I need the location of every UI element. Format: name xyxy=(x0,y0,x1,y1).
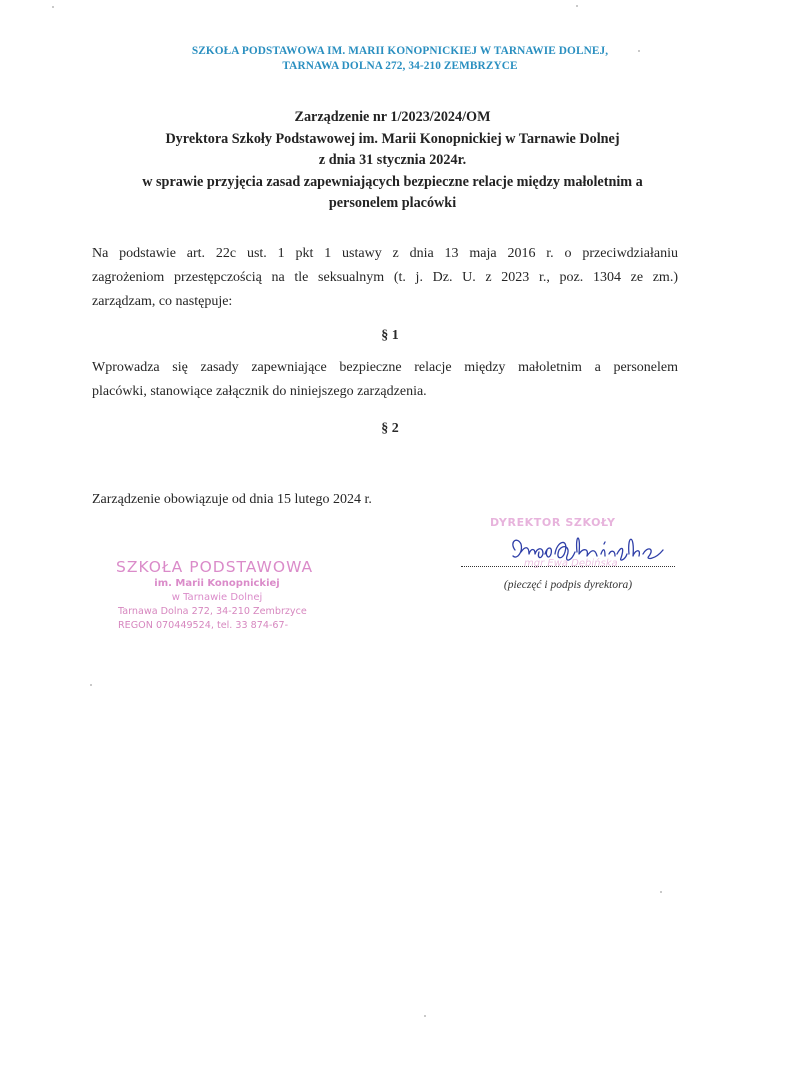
document-title-block: Zarządzenie nr 1/2023/2024/OM Dyrektora … xyxy=(60,107,725,215)
school-stamp: SZKOŁA PODSTAWOWA im. Marii Konopnickiej… xyxy=(112,557,322,633)
section-1-line: placówki, stanowiące załącznik do niniej… xyxy=(92,380,678,404)
issuer: Dyrektora Szkoły Podstawowej im. Marii K… xyxy=(60,129,725,151)
stamp-patron: im. Marii Konopnickiej xyxy=(112,577,322,591)
letterhead-school-name: SZKOŁA PODSTAWOWA IM. MARII KONOPNICKIEJ… xyxy=(100,44,700,59)
legal-basis-line: zagrożeniom przestępczością na tle seksu… xyxy=(92,266,678,290)
scan-speck xyxy=(638,50,640,52)
scan-speck xyxy=(576,5,578,7)
legal-basis-line: zarządzam, co następuje: xyxy=(92,290,678,314)
order-subject: w sprawie przyjęcia zasad zapewniających… xyxy=(60,172,725,194)
section-1-text: Wprowadza się zasady zapewniające bezpie… xyxy=(92,356,678,404)
section-1-line: Wprowadza się zasady zapewniające bezpie… xyxy=(92,356,678,380)
section-2-text: Zarządzenie obowiązuje od dnia 15 lutego… xyxy=(92,488,678,512)
scan-speck xyxy=(52,6,54,8)
section-2-mark: § 2 xyxy=(100,421,680,437)
stamp-school-title: SZKOŁA PODSTAWOWA xyxy=(112,557,322,577)
stamp-regon-phone: REGON 070449524, tel. 33 874-67- xyxy=(112,619,322,633)
document-page: SZKOŁA PODSTAWOWA IM. MARII KONOPNICKIEJ… xyxy=(0,0,785,1080)
legal-basis-paragraph: Na podstawie art. 22c ust. 1 pkt 1 ustaw… xyxy=(92,242,678,314)
stamp-location: w Tarnawie Dolnej xyxy=(112,591,322,605)
stamp-address: Tarnawa Dolna 272, 34-210 Zembrzyce xyxy=(112,605,322,619)
signature-caption: (pieczęć i podpis dyrektora) xyxy=(461,579,675,591)
signature-line xyxy=(461,566,675,567)
director-name-stamp: mgr Ewa Dębińska xyxy=(524,558,618,569)
director-stamp-title: DYREKTOR SZKOŁY xyxy=(490,516,616,529)
scan-speck xyxy=(660,891,662,893)
order-date: z dnia 31 stycznia 2024r. xyxy=(60,150,725,172)
scan-speck xyxy=(90,684,92,686)
order-number: Zarządzenie nr 1/2023/2024/OM xyxy=(60,107,725,129)
section-1-mark: § 1 xyxy=(100,328,680,344)
legal-basis-line: Na podstawie art. 22c ust. 1 pkt 1 ustaw… xyxy=(92,242,678,266)
order-subject-cont: personelem placówki xyxy=(60,193,725,215)
school-letterhead: SZKOŁA PODSTAWOWA IM. MARII KONOPNICKIEJ… xyxy=(100,44,700,74)
letterhead-address: TARNAWA DOLNA 272, 34-210 ZEMBRZYCE xyxy=(100,59,700,74)
scan-speck xyxy=(424,1015,426,1017)
